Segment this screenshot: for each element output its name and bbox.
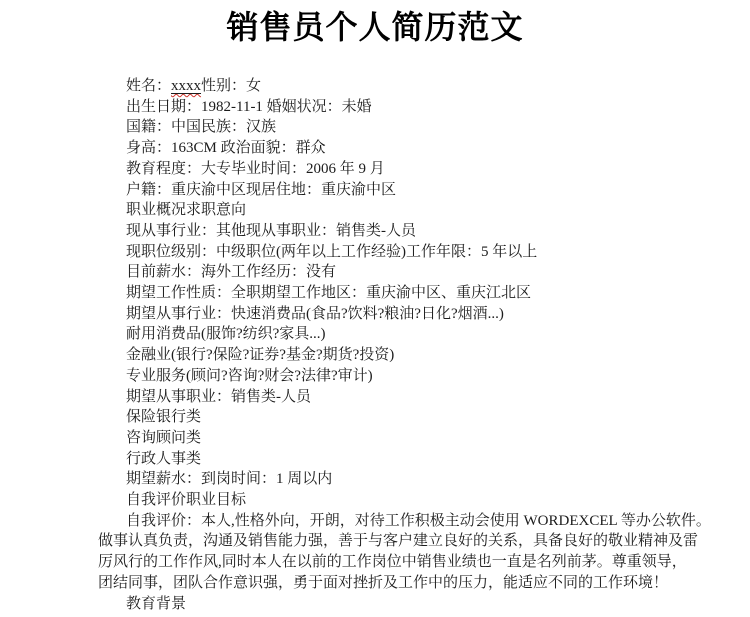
info-line-admin-hr: 行政人事类: [98, 449, 740, 470]
info-line-current-industry: 现从事行业：其他现从事职业：销售类-人员: [98, 221, 740, 242]
name-label: 姓名：: [126, 78, 171, 94]
info-line-finance-industry: 金融业(银行?保险?证券?基金?期货?投资): [98, 345, 740, 366]
info-line-height-political: 身高：163CM 政治面貌：群众: [98, 138, 740, 159]
spellcheck-squiggle: xxxx: [171, 78, 201, 94]
info-line-nationality-ethnic: 国籍：中国民族：汉族: [98, 117, 740, 138]
info-line-position-level: 现职位级别：中级职位(两年以上工作经验)工作年限：5 年以上: [98, 242, 740, 263]
self-evaluation-line-3: 厉风行的工作作风,同时本人在以前的工作岗位中销售业绩也一直是名列前茅。尊重领导，: [98, 552, 740, 573]
resume-document-page: 销售员个人简历范文 姓名：xxxx性别：女 出生日期：1982-11-1 婚姻状…: [0, 0, 750, 617]
info-line-registry-residence: 户籍：重庆渝中区现居住地：重庆渝中区: [98, 180, 740, 201]
self-evaluation-line-4: 团结同事，团队合作意识强，勇于面对挫折及工作中的压力，能适应不同的工作环境！: [98, 573, 740, 594]
info-line-name-gender: 姓名：xxxx性别：女: [98, 76, 740, 97]
gender-text: 性别：女: [201, 78, 261, 94]
section-heading-education: 教育背景: [98, 594, 740, 615]
info-line-professional-services: 专业服务(顾问?咨询?财会?法律?审计): [98, 366, 740, 387]
info-line-insurance-banking: 保险银行类: [98, 407, 740, 428]
document-body: 姓名：xxxx性别：女 出生日期：1982-11-1 婚姻状况：未婚 国籍：中国…: [98, 76, 740, 614]
self-evaluation-line-2: 做事认真负责，沟通及销售能力强，善于与客户建立良好的关系，具备良好的敬业精神及雷: [98, 531, 740, 552]
info-line-expected-industry-fmcg: 期望从事行业：快速消费品(食品?饮料?粮油?日化?烟酒...): [98, 304, 740, 325]
name-placeholder-value: xxxx: [171, 78, 201, 94]
info-line-expected-occupation: 期望从事职业：销售类-人员: [98, 387, 740, 408]
info-line-expected-salary-availability: 期望薪水：到岗时间：1 周以内: [98, 469, 740, 490]
info-line-salary-overseas: 目前薪水：海外工作经历：没有: [98, 262, 740, 283]
info-line-consulting: 咨询顾问类: [98, 428, 740, 449]
self-evaluation-line-1: 自我评价：本人,性格外向，开朗，对待工作积极主动会使用 WORDEXCEL 等办…: [98, 511, 740, 532]
section-heading-career-overview: 职业概况求职意向: [98, 200, 740, 221]
info-line-birth-marriage: 出生日期：1982-11-1 婚姻状况：未婚: [98, 97, 740, 118]
document-title: 销售员个人简历范文: [0, 8, 750, 46]
info-line-durable-goods: 耐用消费品(服饰?纺织?家具...): [98, 324, 740, 345]
info-line-expected-worktype-region: 期望工作性质：全职期望工作地区：重庆渝中区、重庆江北区: [98, 283, 740, 304]
info-line-education-graduation: 教育程度：大专毕业时间：2006 年 9 月: [98, 159, 740, 180]
section-heading-self-evaluation: 自我评价职业目标: [98, 490, 740, 511]
